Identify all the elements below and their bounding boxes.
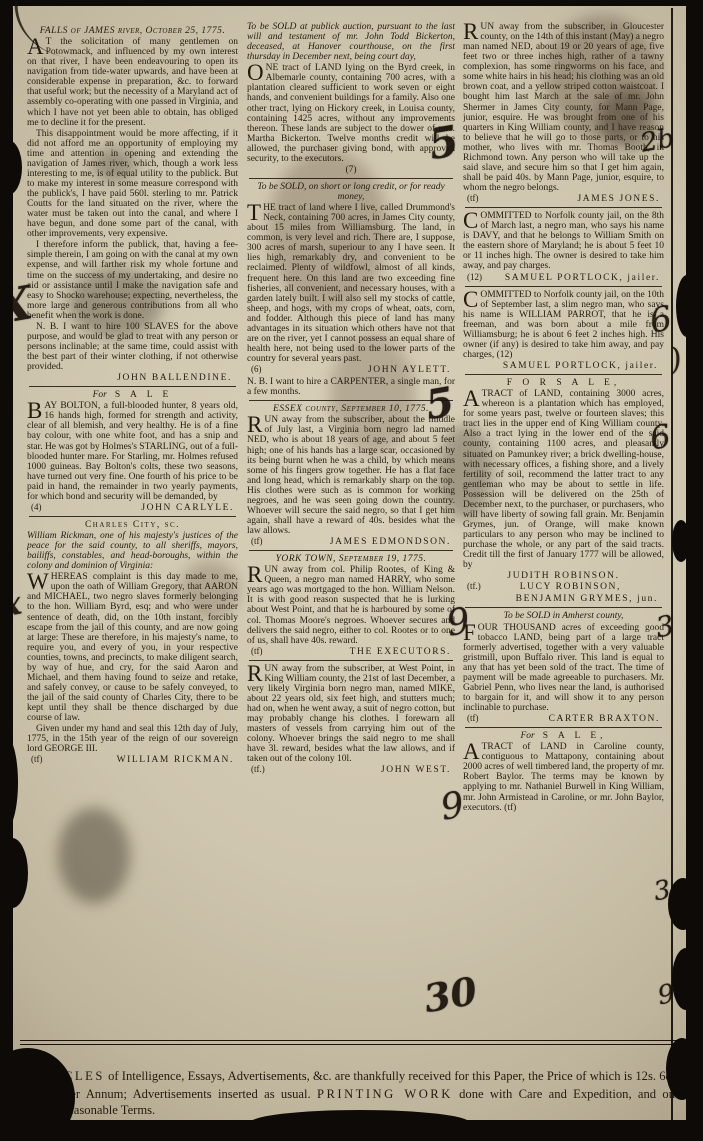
ad-body: COMMITTED to Norfolk county jail, on the… [463,290,664,360]
ad-signature-row: (4) JOHN CARLYLE. [27,503,238,513]
ad-body: RUN away from col. Philip Rootes, of Kin… [247,565,455,646]
signature-text: SAMUEL PORTLOCK, jailer. [505,273,660,283]
ad-signature-row: (tf.) LUCY ROBINSON, [463,582,664,592]
signature-text: CARTER BRAXTON. [549,714,660,724]
drop-cap: R [463,22,480,41]
body-text: UN away from the subscriber, about the m… [247,415,455,536]
signature-text: THE EXECUTORS. [350,647,451,657]
body-text: AY BOLTON, a full-blooded hunter, 8 year… [27,401,238,502]
ad-robinson: F O R S A L E, ATRACT of LAND, containin… [463,378,664,604]
drop-cap: C [463,290,480,309]
body-text: TRACT of LAND, containing 3000 acres, wh… [463,389,664,570]
ad-ref: (tf) [467,194,479,204]
footer-printing-label: PRINTING WORK [317,1087,453,1101]
ad-edmondson: ESSEX county, September 10, 1775. RUN aw… [247,404,455,547]
column-1: FALLS of JAMES river, October 25, 1775. … [27,26,238,1042]
body-text: OMMITTED to Norfolk county jail, on the … [463,290,664,360]
dateline-text: ESSEX county, September 10, 1775. [273,404,429,414]
ad-intro: To be SOLD at publick auction, pursuant … [247,22,455,62]
ad-divider [465,374,662,375]
drop-cap: B [27,401,44,420]
column-3: RUN away from the subscriber, in Glouces… [463,22,664,1038]
ad-heading: Charles City, sc. [27,520,238,530]
drop-cap: R [247,565,264,584]
drop-cap: R [247,664,264,683]
page-fold-line [671,8,673,1123]
body-text: UN away from the subscriber, at West Poi… [247,664,455,765]
ad-header: F O R S A L E, [463,378,664,388]
ad-signature-row: (tf) THE EXECUTORS. [247,647,455,657]
ink-blot [676,275,698,337]
ad-braxton: To be SOLD in Amherst county, FOUR THOUS… [463,611,664,724]
ad-signature-row: (6) JOHN AYLETT. [247,365,455,375]
ad-rootes: YORK TOWN, September 19, 1775. RUN away … [247,554,455,657]
ad-divider [465,727,662,728]
ad-header: ForS A L E [27,390,238,400]
column-2: To be SOLD at publick auction, pursuant … [247,22,455,1038]
ad-ref: (7) [247,165,455,175]
ink-blot [666,1038,698,1100]
ad-divider [465,207,662,208]
ad-intro: To be SOLD, on short or long credit, or … [247,182,455,202]
body-text: UN away from col. Philip Rootes, of King… [247,565,455,645]
ad-ref: (tf) [251,537,263,547]
drop-cap: R [247,415,264,434]
ad-body: ATRACT of LAND, containing 3000 acres, w… [463,389,664,570]
ad-signature: BENJAMIN GRYMES, jun. [463,594,664,604]
ad-signature: JUDITH ROBINSON. [463,571,664,581]
ad-aylett: To be SOLD, on short or long credit, or … [247,182,455,397]
signature-text: JOHN CARLYLE. [141,503,234,513]
ad-ref: (tf.) [251,765,265,775]
ad-divider [249,660,453,661]
ad-body: WHEREAS complaint is this day made to me… [27,572,238,723]
drop-cap: C [463,211,480,230]
ad-divider [29,386,236,387]
body-text: HEREAS complaint is this day made to me,… [27,572,238,723]
ad-body: I therefore inform the publick, that, ha… [27,240,238,321]
ad-ref: (tf) [251,647,263,657]
header-for: For [93,390,107,400]
ad-body: ATRACT of LAND in Caroline county, conti… [463,742,664,812]
ad-body: N. B. I want to hire 100 SLAVES for the … [27,322,238,372]
ad-divider [465,286,662,287]
ad-ref: (tf) [467,714,479,724]
ad-dateline: YORK TOWN, September 19, 1775. [247,554,455,564]
ad-ref: (6) [251,365,262,375]
ink-blot [0,838,28,908]
ink-blot [250,1110,470,1136]
drop-cap: T [247,203,263,222]
ad-header: ForS A L E, [463,731,664,741]
body-text: OMMITTED to Norfolk county jail, on the … [463,211,664,271]
ad-body: Given under my hand and seal this 12th d… [27,724,238,754]
ad-body: RUN away from the subscriber, about the … [247,415,455,536]
drop-cap: A [463,389,482,408]
ad-signature-row: (tf.) JOHN WEST. [247,765,455,775]
ad-signature-row: (tf) JAMES EDMONDSON. [247,537,455,547]
signature-text: JOHN WEST. [381,765,451,775]
body-text: TRACT of LAND in Caroline county, contig… [463,742,664,812]
body-text: NE tract of LAND lying on the Byrd creek… [247,63,455,164]
signature-text: JOHN AYLETT. [368,365,451,375]
ad-charles-city: Charles City, sc. William Rickman, one o… [27,520,238,766]
ad-ballendine: FALLS of JAMES river, October 25, 1775. … [27,26,238,383]
ad-body: This disappointment would be more affect… [27,129,238,240]
ad-body: RUN away from the subscriber, in Glouces… [463,22,664,193]
ad-body: BAY BOLTON, a full-blooded hunter, 8 yea… [27,401,238,502]
body-text: HE tract of land where I live, called Dr… [247,203,455,364]
ad-intro: To be SOLD in Amherst county, [463,611,664,621]
ad-ref: (4) [31,503,42,513]
ink-blot [0,140,22,195]
ad-jones: RUN away from the subscriber, in Glouces… [463,22,664,204]
ink-blot [0,735,18,830]
ad-signature-row: (tf) JAMES JONES. [463,194,664,204]
ad-bickerton: To be SOLD at publick auction, pursuant … [247,22,455,175]
ad-body: FOUR THOUSAND acres of exceeding good to… [463,623,664,714]
newspaper-page: FALLS of JAMES river, October 25, 1775. … [0,0,703,1141]
ad-intro: William Rickman, one of his majesty's ju… [27,531,238,571]
ad-body: RUN away from the subscriber, at West Po… [247,664,455,765]
ad-ref: (tf) [31,755,43,765]
header-sale: F O R S A L E, [507,378,620,388]
body-text: UN away from the subscriber, in Gloucest… [463,22,664,193]
margin-annotation: ) [667,341,685,378]
signature-text: BENJAMIN GRYMES, jun. [516,594,658,604]
ad-bay-bolton: ForS A L E BAY BOLTON, a full-blooded hu… [27,390,238,513]
signature-text: JOHN BALLENDINE. [117,373,232,383]
margin-annotation: 30 [420,968,480,1022]
ad-divider [249,550,453,551]
ad-divider [249,178,453,179]
ad-divider [465,607,662,608]
footer-divider [20,1040,679,1045]
ad-west: RUN away from the subscriber, at West Po… [247,664,455,776]
ad-davy: COMMITTED to Norfolk county jail, on the… [463,211,664,282]
ad-parrot: COMMITTED to Norfolk county jail, on the… [463,290,664,372]
header-sale: S A L E [115,390,172,400]
ink-blot [668,878,698,930]
drop-cap: O [247,63,266,82]
ad-signature: JOHN BALLENDINE. [27,373,238,383]
signature-text: JAMES JONES. [577,194,660,204]
page-corner-curl [9,0,75,58]
signature-text: WILLIAM RICKMAN. [117,755,234,765]
ad-divider [249,400,453,401]
ad-signature-row: (12) SAMUEL PORTLOCK, jailer. [463,273,664,283]
header-for: For [520,731,534,741]
ad-signature-row: (tf) WILLIAM RICKMAN. [27,755,238,765]
header-sale: S A L E, [543,731,607,741]
ad-body: ONE tract of LAND lying on the Byrd cree… [247,63,455,164]
page-edge-top [0,0,703,6]
ink-blot [672,948,700,1010]
ad-ref: (tf.) [467,582,481,592]
dateline-text: YORK TOWN, September 19, 1775. [276,554,427,564]
ad-signature-row: (tf) CARTER BRAXTON. [463,714,664,724]
ad-body: COMMITTED to Norfolk county jail, on the… [463,211,664,271]
ad-signature: SAMUEL PORTLOCK, jailer. [463,361,664,371]
ad-body: THE tract of land where I live, called D… [247,203,455,364]
ad-ref: (12) [467,273,482,283]
ink-blot [672,520,690,562]
drop-cap: W [27,572,51,591]
signature-text: SAMUEL PORTLOCK, jailer. [503,361,658,371]
drop-cap: A [463,742,482,761]
signature-text: LUCY ROBINSON, [520,582,621,592]
body-text: OUR THOUSAND acres of exceeding good tob… [463,623,664,714]
signature-text: JAMES EDMONDSON. [330,537,451,547]
ad-dateline: ESSEX county, September 10, 1775. [247,404,455,414]
ad-divider [29,516,236,517]
ad-baylor: ForS A L E, ATRACT of LAND in Caroline c… [463,731,664,813]
